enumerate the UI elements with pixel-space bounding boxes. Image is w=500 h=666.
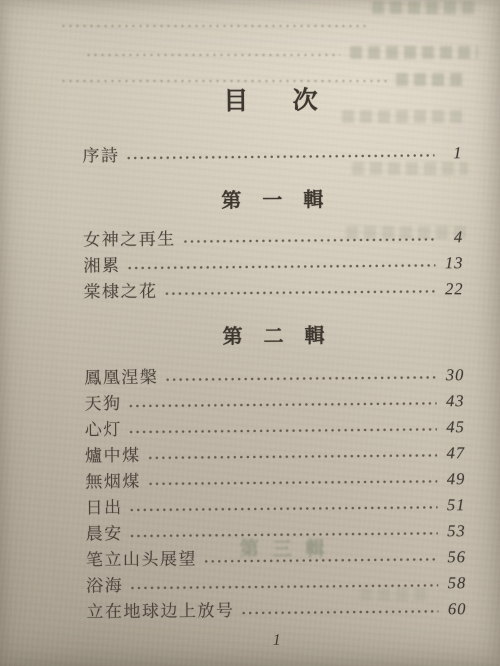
toc-section-list: 鳳凰涅槃30天狗43心灯45爐中煤47無烟煤49日出51晨安53笔立山头展望56…	[84, 360, 466, 623]
toc-entry-title: 無烟煤	[85, 467, 141, 492]
toc-row: 序詩1	[82, 138, 462, 167]
dot-leader	[240, 607, 438, 617]
toc-entry-page-number: 13	[437, 253, 463, 273]
toc-entry-page-number: 58	[440, 573, 466, 593]
folio-page-number: 1	[87, 628, 467, 653]
toc-entry-page-number: 47	[439, 443, 465, 463]
toc-entry-page-number: 43	[439, 391, 465, 411]
toc-entry-title: 女神之再生	[83, 225, 176, 251]
toc-row: 浴海58	[86, 568, 466, 597]
toc-page-content: 目 次 序詩1 第 一 輯女神之再生4湘累13棠棣之花22第 二 輯鳳凰涅槃30…	[0, 0, 500, 666]
toc-entry-page-number: 22	[438, 279, 464, 299]
toc-entry-title: 序詩	[82, 141, 119, 166]
toc-front-list: 序詩1	[82, 138, 462, 167]
toc-title: 目 次	[82, 84, 462, 119]
dot-leader	[129, 503, 438, 514]
toc-row: 湘累13	[83, 248, 463, 277]
dot-leader	[182, 235, 436, 245]
toc-row: 女神之再生4	[83, 222, 463, 251]
dot-leader	[164, 373, 436, 383]
toc-entry-page-number: 49	[439, 469, 465, 489]
toc-row: 無烟煤49	[85, 464, 465, 493]
toc-section-heading: 第 二 輯	[84, 320, 464, 353]
toc-entry-title: 立在地球边上放号	[86, 596, 234, 622]
dot-leader	[164, 287, 436, 297]
dot-leader	[203, 555, 438, 565]
dot-leader	[126, 261, 435, 272]
dot-leader	[128, 425, 437, 436]
toc-row: 心灯45	[85, 412, 465, 441]
dot-leader	[147, 451, 438, 462]
toc-entry-title: 鳳凰涅槃	[84, 363, 158, 389]
toc-section-heading: 第 一 輯	[83, 184, 463, 217]
toc-row: 天狗43	[84, 386, 464, 415]
toc-sections: 第 一 輯女神之再生4湘累13棠棣之花22第 二 輯鳳凰涅槃30天狗43心灯45…	[83, 184, 467, 623]
toc-entry-title: 湘累	[83, 251, 120, 276]
toc-entry-title: 晨安	[86, 519, 123, 544]
toc-row: 棠棣之花22	[84, 274, 464, 303]
toc-entry-page-number: 51	[439, 495, 465, 515]
toc-entry-page-number: 56	[440, 547, 466, 567]
toc-row: 鳳凰涅槃30	[84, 360, 464, 389]
toc-row: 立在地球边上放号60	[86, 594, 466, 623]
dot-leader	[129, 581, 438, 592]
toc-entry-page-number: 53	[440, 521, 466, 541]
toc-entry-page-number: 45	[439, 417, 465, 437]
toc-entry-title: 天狗	[84, 389, 121, 414]
toc-row: 爐中煤47	[85, 438, 465, 467]
toc-entry-title: 浴海	[86, 571, 123, 596]
toc-entry-page-number: 1	[436, 143, 462, 163]
toc-entry-page-number: 60	[440, 599, 466, 619]
toc-section-list: 女神之再生4湘累13棠棣之花22	[83, 222, 464, 303]
toc-row: 笔立山头展望56	[86, 542, 466, 571]
toc-row: 晨安53	[86, 516, 466, 545]
toc-entry-title: 日出	[85, 493, 122, 518]
toc-entry-title: 爐中煤	[85, 441, 141, 466]
toc-entry-title: 棠棣之花	[84, 277, 158, 303]
dot-leader	[147, 477, 438, 488]
dot-leader	[128, 399, 437, 410]
book-page-photo: 第 三 輯 目 次 序詩1 第 一 輯女神之再生4湘累13棠棣之花22第 二 輯…	[0, 0, 500, 666]
toc-row: 日出51	[85, 490, 465, 519]
dot-leader	[125, 151, 434, 162]
dot-leader	[129, 529, 438, 540]
toc-entry-page-number: 4	[437, 227, 463, 247]
toc-entry-page-number: 30	[438, 365, 464, 385]
toc-entry-title: 笔立山头展望	[86, 544, 197, 570]
toc-entry-title: 心灯	[85, 415, 122, 440]
